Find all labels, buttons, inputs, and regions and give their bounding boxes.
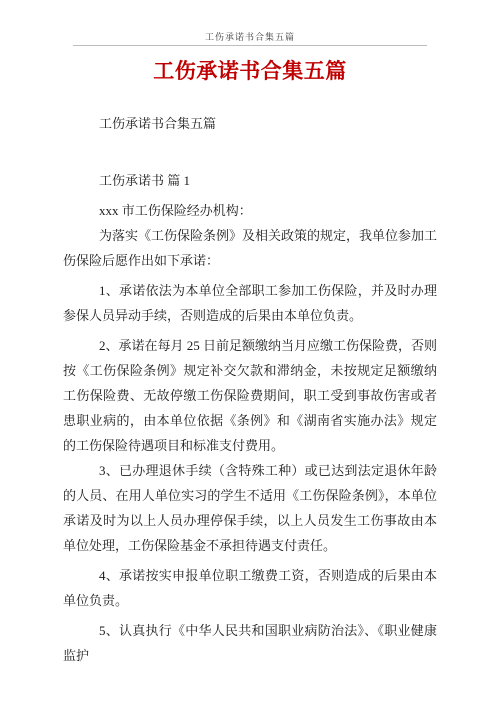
body-paragraph-subtitle: 工伤承诺书合集五篇 xyxy=(63,111,437,136)
running-header: 工伤承诺书合集五篇 xyxy=(0,0,500,43)
document-page: 工伤承诺书合集五篇 工伤承诺书合集五篇 工伤承诺书合集五篇 工伤承诺书 篇 1 … xyxy=(0,0,500,708)
header-rule xyxy=(73,45,427,46)
body-paragraph-section-heading: 工伤承诺书 篇 1 xyxy=(63,168,437,193)
body-paragraph-intro: 为落实《工伤保险条例》及相关政策的规定，我单位参加工伤保险后愿作出如下承诺： xyxy=(63,223,437,273)
page-title: 工伤承诺书合集五篇 xyxy=(0,57,500,85)
body-paragraph-item-1: 1、承诺依法为本单位全部职工参加工伤保险，并及时办理参保人员异动手续，否则造成的… xyxy=(63,278,437,328)
document-body: 工伤承诺书合集五篇 工伤承诺书 篇 1 xxx 市工伤保险经办机构： 为落实《工… xyxy=(0,111,500,668)
running-header-text: 工伤承诺书合集五篇 xyxy=(0,31,500,43)
body-paragraph-item-5: 5、认真执行《中华人民共和国职业病防治法》、《职业健康监护 xyxy=(63,618,437,668)
body-paragraph-item-4: 4、承诺按实申报单位职工缴费工资，否则造成的后果由本单位负责。 xyxy=(63,563,437,613)
body-paragraph-salutation: xxx 市工伤保险经办机构： xyxy=(63,198,437,223)
body-paragraph-item-2: 2、承诺在每月 25 日前足额缴纳当月应缴工伤保险费，否则按《工伤保险条例》规定… xyxy=(63,333,437,458)
body-paragraph-item-3: 3、已办理退休手续（含特殊工种）或已达到法定退休年龄的人员、在用人单位实习的学生… xyxy=(63,458,437,558)
